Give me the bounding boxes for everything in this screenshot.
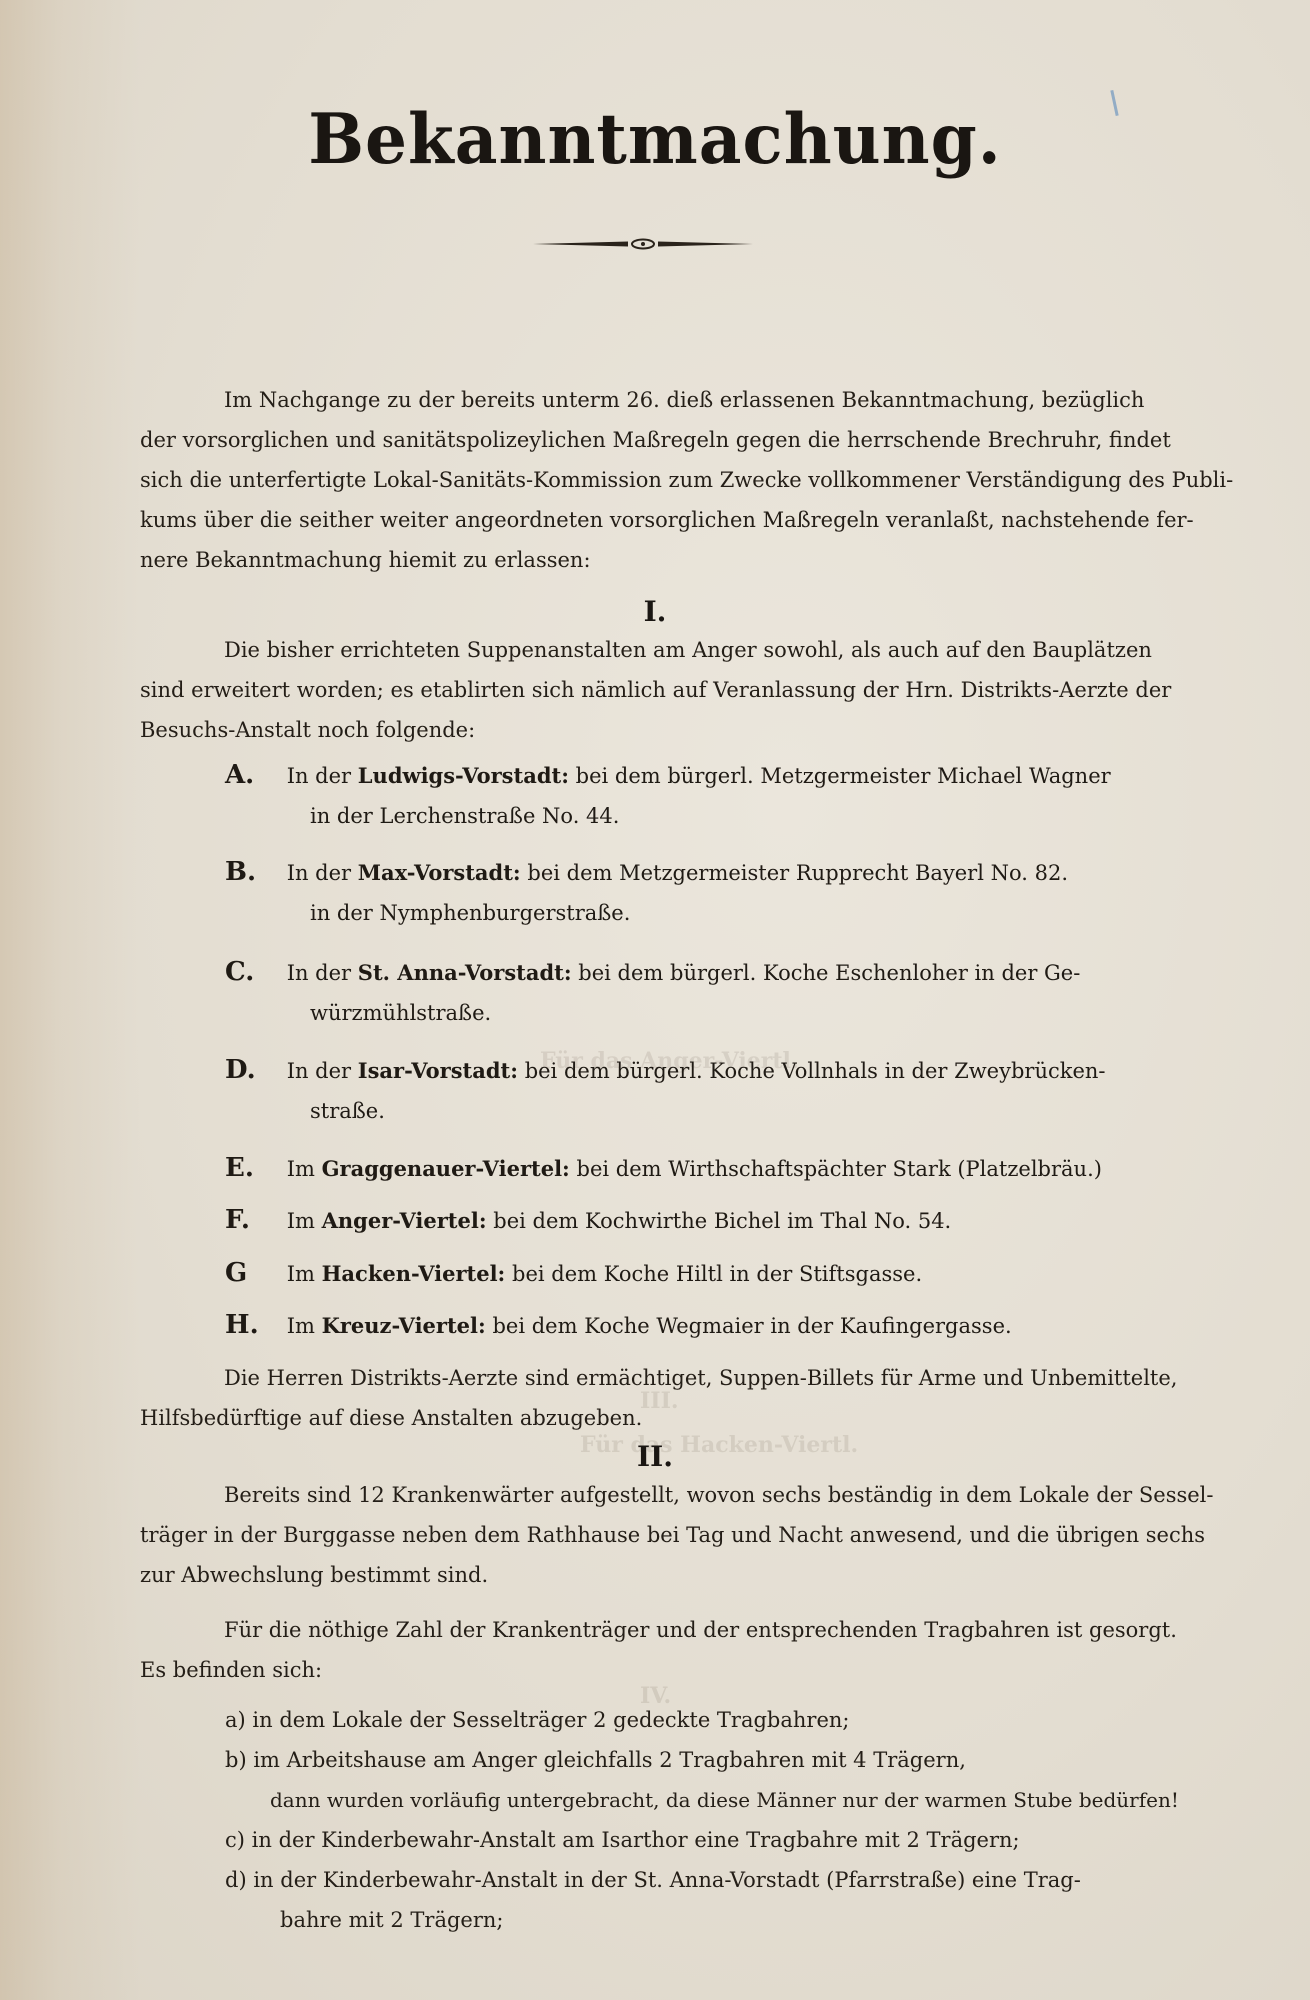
item-letter: B.	[225, 852, 280, 892]
soup-kitchen-item: F. Im Anger-Viertel: bei dem Kochwirthe …	[225, 1200, 1145, 1241]
list-item: c) in der Kinderbewahr-Anstalt am Isarth…	[225, 1820, 1145, 1860]
text-line: der vorsorglichen und sanitätspolizeylic…	[140, 420, 1140, 460]
soup-kitchen-item: A. In der Ludwigs-Vorstadt: bei dem bürg…	[225, 755, 1145, 836]
text-line: Die Herren Distrikts-Aerzte sind ermächt…	[140, 1358, 1140, 1398]
text-line: Die bisher errichteten Suppenanstalten a…	[140, 630, 1140, 670]
text-line: Im Nachgange zu der bereits unterm 26. d…	[140, 380, 1140, 420]
district-name: Kreuz-Viertel:	[322, 1313, 486, 1338]
stretcher-list: a) in dem Lokale der Sesselträger 2 gede…	[225, 1700, 1145, 1940]
text-line: zur Abwechslung bestimmt sind.	[140, 1555, 1140, 1595]
item-letter: G	[225, 1253, 280, 1293]
district-name: Isar-Vorstadt:	[358, 1058, 518, 1083]
section-number: I.	[0, 595, 1310, 628]
district-name: Anger-Viertel:	[322, 1208, 487, 1233]
section-1-closing: Die Herren Distrikts-Aerzte sind ermächt…	[140, 1358, 1140, 1438]
district-name: Ludwigs-Vorstadt:	[358, 763, 569, 788]
soup-kitchen-item: H. Im Kreuz-Viertel: bei dem Koche Wegma…	[225, 1305, 1145, 1346]
item-letter: F.	[225, 1200, 280, 1240]
text-line: Für die nöthige Zahl der Krankenträger u…	[140, 1610, 1140, 1650]
list-item-continuation: bahre mit 2 Trägern;	[225, 1900, 1145, 1940]
list-item: a) in dem Lokale der Sesselträger 2 gede…	[225, 1700, 1145, 1740]
section-2-paragraph-1: Bereits sind 12 Krankenwärter aufgestell…	[140, 1475, 1140, 1595]
district-name: St. Anna-Vorstadt:	[358, 960, 572, 985]
text-line: träger in der Burggasse neben dem Rathha…	[140, 1515, 1140, 1555]
item-letter: C.	[225, 952, 280, 992]
list-item-continuation: dann wurden vorläufig untergebracht, da …	[225, 1780, 1145, 1820]
list-item: b) im Arbeitshause am Anger gleichfalls …	[225, 1740, 1145, 1780]
document-title: Bekanntmachung.	[0, 98, 1310, 180]
text-line: nere Bekanntmachung hiemit zu erlassen:	[140, 540, 1140, 580]
district-name: Hacken-Viertel:	[322, 1261, 506, 1286]
document-page: Für das Anger-Viertl. Für das Hacken-Vie…	[0, 0, 1310, 2000]
item-letter: A.	[225, 755, 280, 795]
list-item: d) in der Kinderbewahr-Anstalt in der St…	[225, 1860, 1145, 1900]
text-line: kums über die seither weiter angeordnete…	[140, 500, 1140, 540]
text-line: Es befinden sich:	[140, 1650, 1140, 1690]
section-2-paragraph-2: Für die nöthige Zahl der Krankenträger u…	[140, 1610, 1140, 1690]
district-name: Graggenauer-Viertel:	[322, 1156, 570, 1181]
section-1-paragraph: Die bisher errichteten Suppenanstalten a…	[140, 630, 1140, 750]
item-letter: H.	[225, 1305, 280, 1345]
soup-kitchen-item: E. Im Graggenauer-Viertel: bei dem Wirth…	[225, 1148, 1145, 1189]
text-line: Hilfsbedürftige auf diese Anstalten abzu…	[140, 1398, 1140, 1438]
intro-paragraph: Im Nachgange zu der bereits unterm 26. d…	[140, 380, 1140, 580]
soup-kitchen-item: D. In der Isar-Vorstadt: bei dem bürgerl…	[225, 1050, 1145, 1131]
text-line: Bereits sind 12 Krankenwärter aufgestell…	[140, 1475, 1140, 1515]
item-letter: D.	[225, 1050, 280, 1090]
text-line: Besuchs-Anstalt noch folgende:	[140, 710, 1140, 750]
text-line: sich die unterfertigte Lokal-Sanitäts-Ko…	[140, 460, 1140, 500]
text-line: sind erweitert worden; es etablirten sic…	[140, 670, 1140, 710]
district-name: Max-Vorstadt:	[358, 860, 521, 885]
soup-kitchen-item: C. In der St. Anna-Vorstadt: bei dem bür…	[225, 952, 1145, 1033]
soup-kitchen-item: G Im Hacken-Viertel: bei dem Koche Hiltl…	[225, 1253, 1145, 1294]
divider-ornament-icon	[533, 238, 753, 250]
soup-kitchen-item: B. In der Max-Vorstadt: bei dem Metzgerm…	[225, 852, 1145, 933]
item-letter: E.	[225, 1148, 280, 1188]
section-number: II.	[0, 1440, 1310, 1473]
